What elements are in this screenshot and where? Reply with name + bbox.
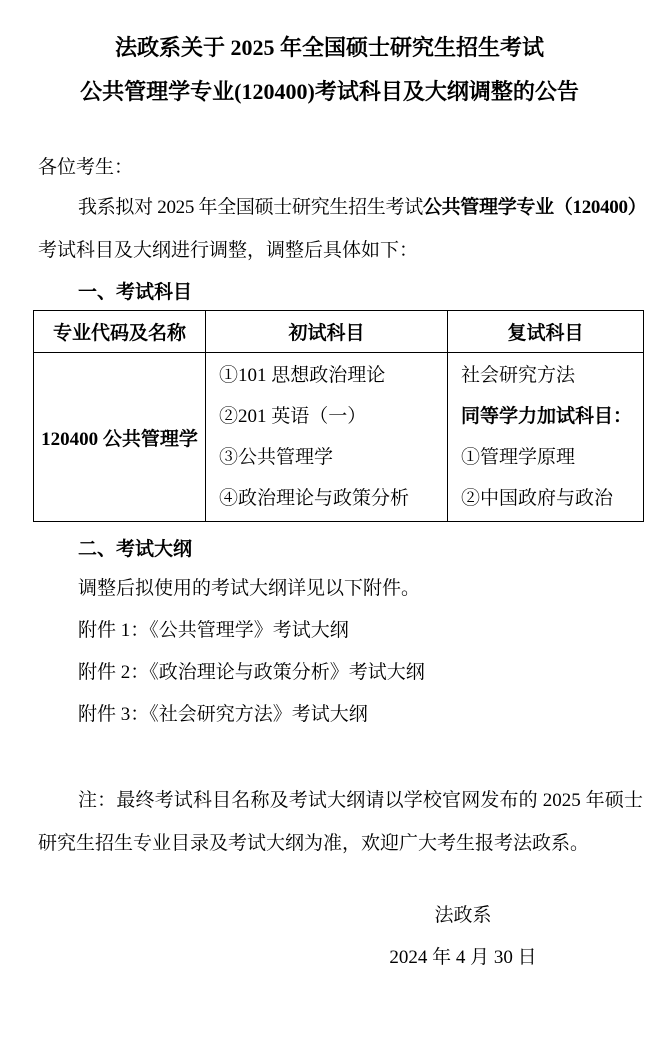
intro-paragraph: 我系拟对 2025 年全国硕士研究生招生考试公共管理学专业（120400） 考试… [38,186,621,272]
intro-prefix: 我系拟对 2025 年全国硕士研究生招生考试 [78,197,423,218]
table-header-row: 专业代码及名称 初试科目 复试科目 [34,311,644,353]
intro-emphasis: 公共管理学专业（120400） [423,197,647,218]
col-header-major-code: 专业代码及名称 [34,311,206,353]
title-line-1: 法政系关于 2025 年全国硕士研究生招生考试 [38,26,621,70]
intro-line-1: 我系拟对 2025 年全国硕士研究生招生考试公共管理学专业（120400） [38,186,621,229]
announcement-document: 法政系关于 2025 年全国硕士研究生招生考试 公共管理学专业(120400)考… [0,0,656,1063]
title-line-2: 公共管理学专业(120400)考试科目及大纲调整的公告 [38,70,621,114]
section2-intro: 调整后拟使用的考试大纲详见以下附件。 [38,577,621,601]
retest-addtest-label: 同等学力加试科目： [461,396,639,437]
col-header-retest-subjects: 复试科目 [448,311,644,353]
attachment-1: 附件 1：《公共管理学》考试大纲 [38,619,621,643]
document-title: 法政系关于 2025 年全国硕士研究生招生考试 公共管理学专业(120400)考… [38,26,621,114]
retest-addtest-subject-1: ①管理学原理 [461,437,639,478]
attachment-3: 附件 3：《社会研究方法》考试大纲 [38,703,621,727]
exam-subjects-table: 专业代码及名称 初试科目 复试科目 120400 公共管理学 ①101 思想政治… [33,310,644,522]
initial-subject-2: ②201 英语（一） [219,396,443,437]
intro-line-2: 考试科目及大纲进行调整，调整后具体如下： [38,229,621,272]
section2-heading: 二、考试大纲 [38,538,621,562]
table-row: 120400 公共管理学 ①101 思想政治理论 ②201 英语（一） ③公共管… [34,353,644,522]
initial-subject-1: ①101 思想政治理论 [219,355,443,396]
section1-heading: 一、考试科目 [38,281,621,305]
signature-department: 法政系 [363,904,563,928]
cell-major-code: 120400 公共管理学 [34,353,206,522]
signature-date: 2024 年 4 月 30 日 [363,946,563,970]
col-header-initial-subjects: 初试科目 [206,311,448,353]
cell-initial-subjects: ①101 思想政治理论 ②201 英语（一） ③公共管理学 ④政治理论与政策分析 [206,353,448,522]
note-paragraph: 注：最终考试科目名称及考试大纲请以学校官网发布的 2025 年硕士研究生招生专业… [38,779,643,865]
initial-subject-3: ③公共管理学 [219,437,443,478]
retest-addtest-subject-2: ②中国政府与政治 [461,478,639,519]
initial-subject-4: ④政治理论与政策分析 [219,478,443,519]
retest-subject-1: 社会研究方法 [461,355,639,396]
salutation: 各位考生： [38,156,621,180]
cell-retest-subjects: 社会研究方法 同等学力加试科目： ①管理学原理 ②中国政府与政治 [448,353,644,522]
attachment-2: 附件 2：《政治理论与政策分析》考试大纲 [38,661,621,685]
